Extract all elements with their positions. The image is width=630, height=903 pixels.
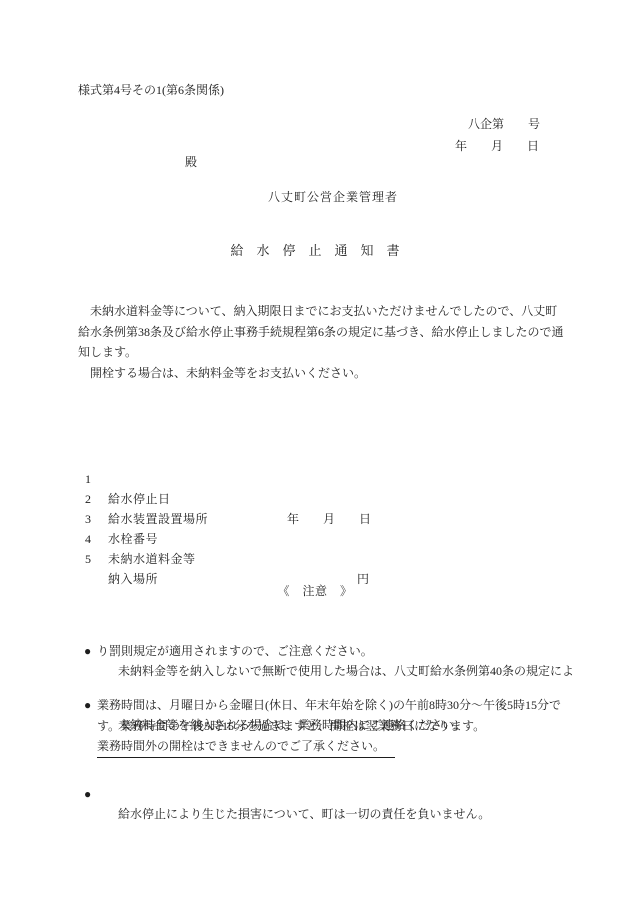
bullet-icon: ● — [84, 784, 91, 804]
addressee-honorific: 殿 — [185, 152, 197, 172]
doc-number-line: 八企第 号 — [468, 114, 540, 134]
bullet-text: 給水停止により生じた損害について、町は一切の責任を負いません。 — [118, 804, 490, 824]
bullet-icon: ● — [84, 695, 91, 715]
list-item-installation-place: 2 給水装置設置場所 — [0, 469, 630, 489]
list-item-payment-place: 5 納入場所 — [0, 529, 630, 549]
bullet-text-continuation: り罰則規定が適用されますので、ご注意ください。 — [97, 641, 373, 661]
bullet-text-continuation: す。業務時間の午後5時15分を過ぎますと、開栓は翌業務日になります。 — [97, 716, 485, 736]
body-line: 開栓する場合は、未納料金等をお支払いください。 — [78, 363, 578, 384]
list-item-suspension-date: 1 給水停止日 年 月 日 — [0, 449, 630, 469]
bullet-text-continuation: 業務時間は、月曜日から金曜日(休日、年末年始を除く)の午前8時30分～午後5時1… — [97, 695, 561, 715]
form-number: 様式第4号その1(第6条関係) — [78, 80, 224, 100]
date-line: 年 月 日 — [455, 136, 539, 156]
bullet-icon: ● — [84, 641, 91, 661]
list-item-unpaid-charges: 4 未納水道料金等 円 — [0, 509, 630, 529]
notice-bullet-liability: ● 給水停止により生じた損害について、町は一切の責任を負いません。 — [0, 764, 630, 844]
body-paragraph: 未納水道料金等について、納入期限日までにお支払いただけませんでしたので、八丈町 … — [78, 301, 578, 383]
underlined-note: 業務時間外の開栓はできませんのでご了承ください。 — [97, 736, 395, 758]
notice-heading: 《 注意 》 — [0, 581, 630, 601]
body-line: 知します。 — [78, 342, 578, 363]
bullet-text-underlined: 業務時間外の開栓はできませんのでご了承ください。 — [97, 736, 395, 758]
list-item-tap-number: 3 水栓番号 — [0, 489, 630, 509]
sender-name: 八丈町公営企業管理者 — [268, 187, 398, 207]
document-title: 給 水 停 止 通 知 書 — [0, 241, 630, 261]
item-number: 5 — [85, 549, 91, 569]
notice-document: 様式第4号その1(第6条関係) 八企第 号 年 月 日 殿 八丈町公営企業管理者… — [0, 0, 630, 903]
body-line: 給水条例第38条及び給水停止事務手続規程第6条の規定に基づき、給水停止しましたの… — [78, 322, 578, 343]
item-label: 未納水道料金等 — [108, 549, 196, 569]
body-line: 未納水道料金等について、納入期限日までにお支払いただけませんでしたので、八丈町 — [78, 301, 578, 322]
